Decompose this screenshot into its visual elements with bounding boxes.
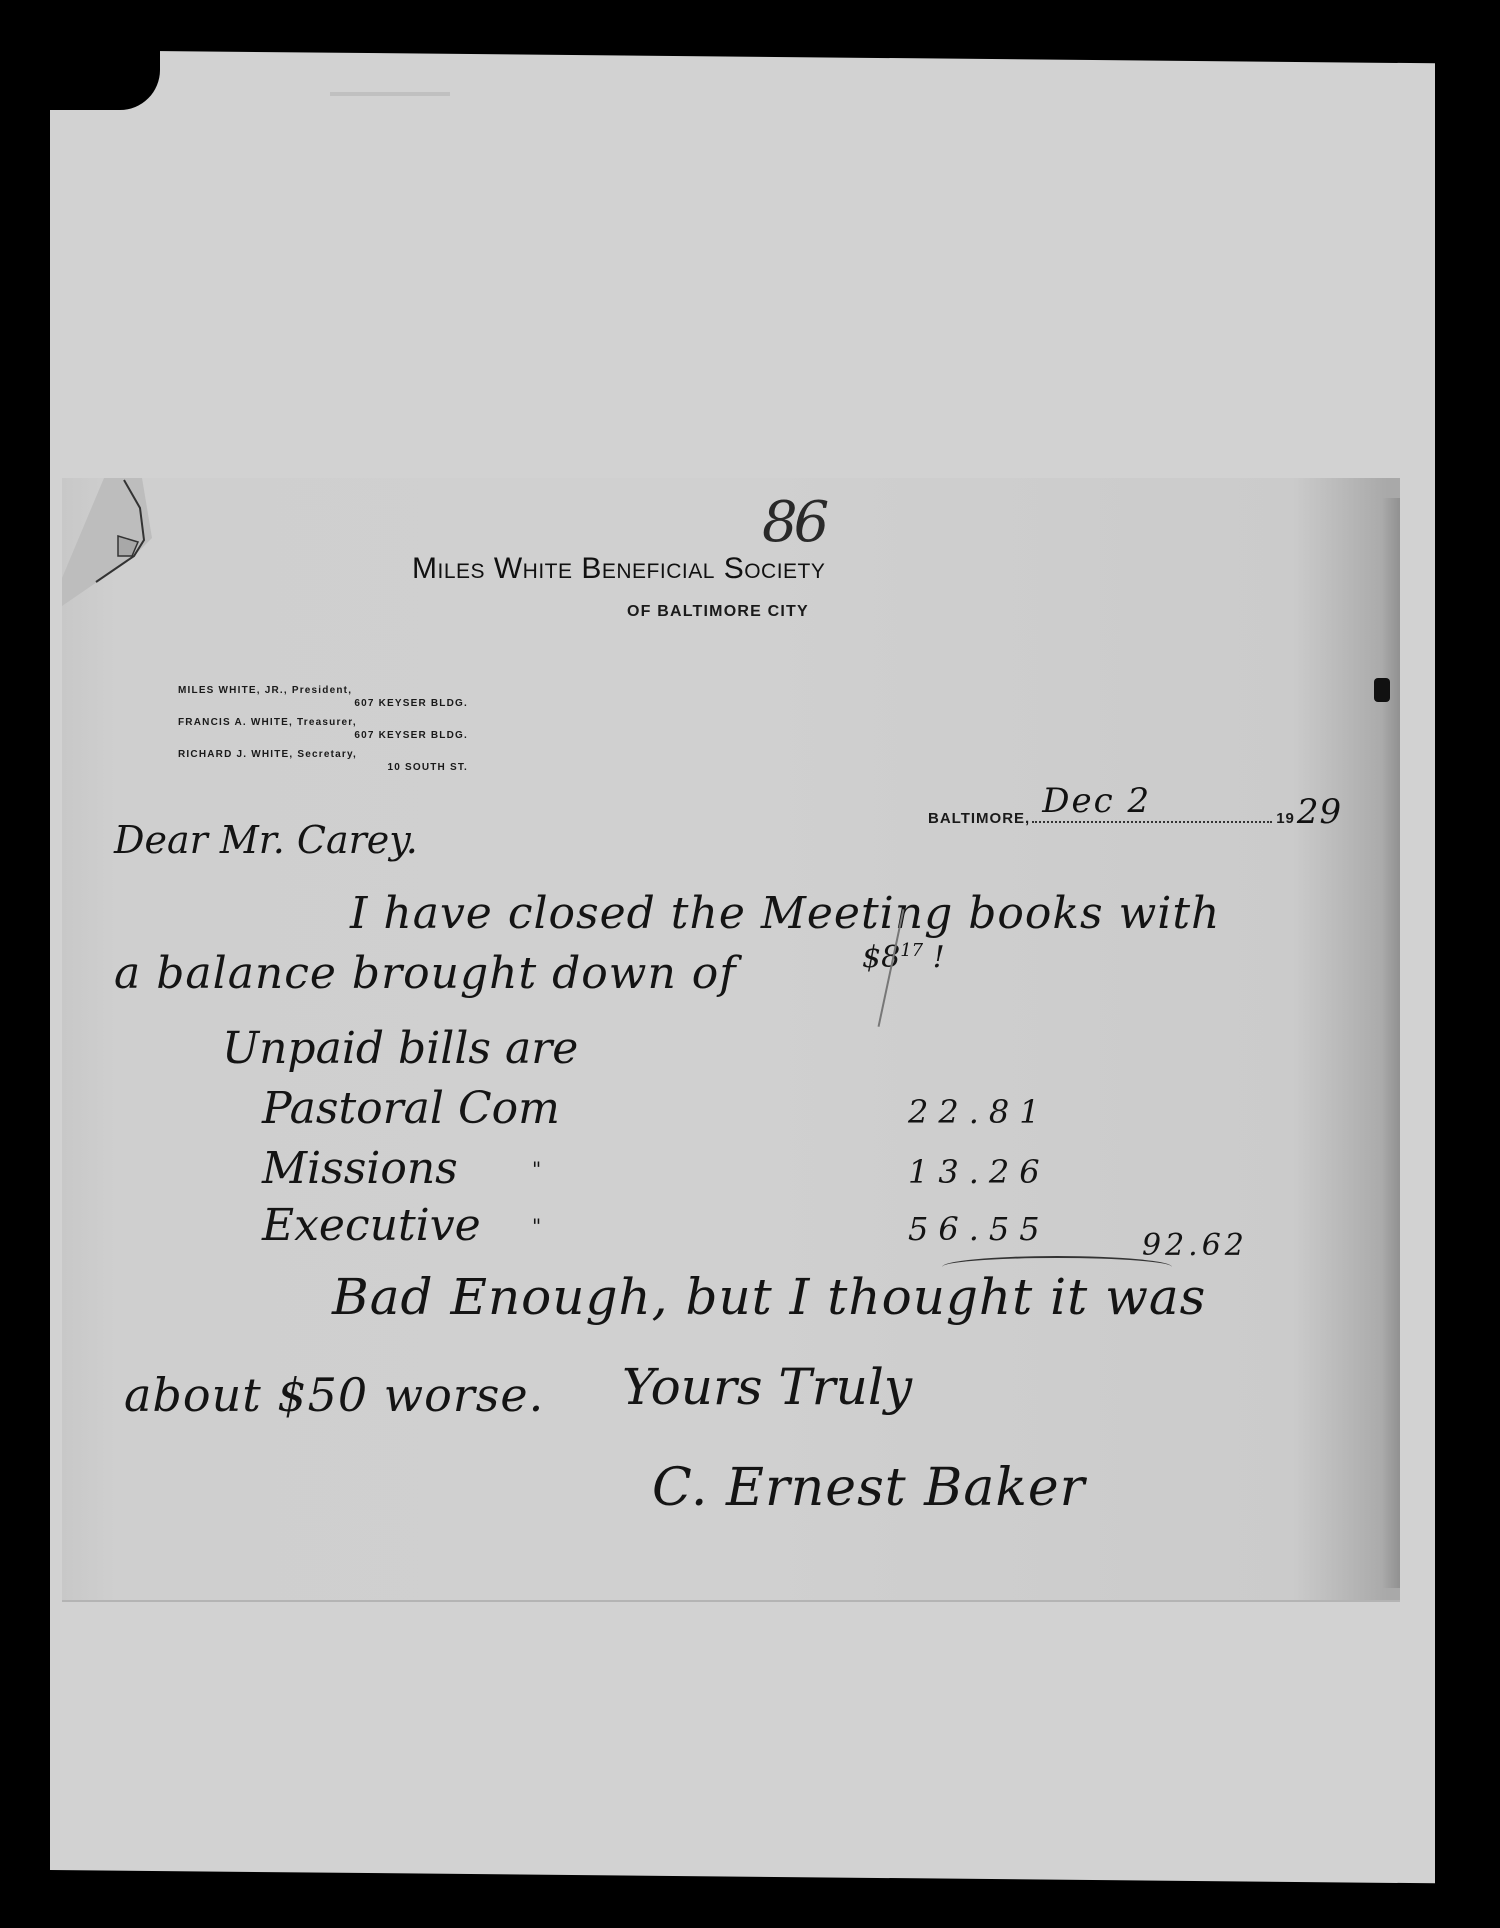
officer-name: RICHARD J. WHITE, Secretary, [178, 748, 468, 761]
place-label: BALTIMORE, [928, 810, 1030, 827]
body-line-1: I have closed the Meeting books with [350, 888, 1220, 939]
bill-name: Missions [262, 1143, 458, 1194]
bill-amount: 13.26 [908, 1153, 1050, 1191]
unpaid-bills-heading: Unpaid bills are [222, 1023, 578, 1074]
officer-address: 10 SOUTH ST. [178, 761, 468, 774]
page-number: 86 [762, 490, 825, 555]
officer-secretary: RICHARD J. WHITE, Secretary, 10 SOUTH ST… [178, 748, 468, 774]
bill-amount: 56.55 [908, 1210, 1050, 1248]
officer-address: 607 KEYSER BLDG. [178, 729, 468, 742]
place-date-line: BALTIMORE, Dec 2 19 29 [928, 792, 1342, 832]
date-handwritten: Dec 2 [1042, 781, 1151, 821]
officer-address: 607 KEYSER BLDG. [178, 697, 468, 710]
body-line-2: a balance brought down of [114, 948, 737, 999]
letter-sheet: 86 Miles White Beneficial Society OF BAL… [62, 478, 1400, 1600]
right-edge-shadow [1382, 498, 1400, 1588]
officer-name: FRANCIS A. WHITE, Treasurer, [178, 716, 468, 729]
bill-amount: 22.81 [908, 1093, 1050, 1131]
officer-name: MILES WHITE, JR., President, [178, 684, 468, 697]
balance-amount: $817 ! [862, 940, 945, 975]
balance-cents: 17 [900, 940, 923, 961]
year-handwritten: 29 [1297, 792, 1342, 832]
bill-name: Pastoral Com [262, 1083, 560, 1134]
officer-treasurer: FRANCIS A. WHITE, Treasurer, 607 KEYSER … [178, 716, 468, 742]
ink-stain [1374, 678, 1390, 702]
closing-line-2: about $50 worse. [124, 1368, 544, 1422]
bill-ditto-mark: " [532, 1214, 541, 1238]
folder-corner-notch [50, 50, 160, 110]
year-prefix: 19 [1276, 810, 1295, 827]
bill-row: Missions " 13.26 [62, 1143, 1400, 1203]
letterhead-subtitle: OF BALTIMORE CITY [627, 603, 809, 621]
bill-name: Executive [262, 1200, 481, 1251]
bill-row: Pastoral Com 22.81 [62, 1083, 1400, 1143]
signature: C. Ernest Baker [652, 1458, 1086, 1518]
faint-pencil-mark [330, 92, 450, 96]
officers-list: MILES WHITE, JR., President, 607 KEYSER … [178, 684, 468, 780]
valediction: Yours Truly [622, 1358, 912, 1416]
total-amount: 92.62 [1142, 1228, 1248, 1263]
officer-president: MILES WHITE, JR., President, 607 KEYSER … [178, 684, 468, 710]
salutation: Dear Mr. Carey. [114, 818, 418, 862]
letterhead-title: Miles White Beneficial Society [412, 552, 825, 586]
bill-ditto-mark: " [532, 1157, 541, 1181]
balance-exclamation: ! [933, 940, 945, 975]
closing-line-1: Bad Enough, but I thought it was [332, 1268, 1206, 1326]
folded-corner-icon [62, 478, 202, 618]
date-field: Dec 2 [1032, 803, 1272, 823]
